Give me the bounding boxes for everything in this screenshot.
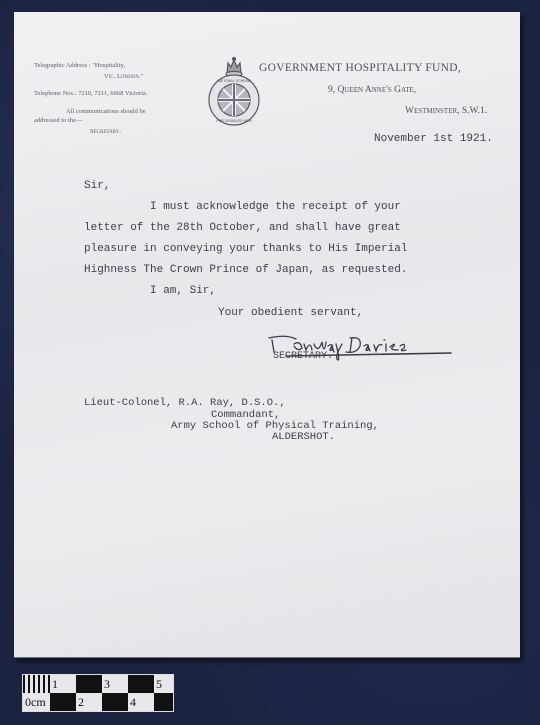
- scale-cell: 1: [50, 675, 76, 693]
- scale-ticks: [23, 675, 50, 693]
- scale-bar: 1 3 5 0cm 2 4: [22, 674, 174, 712]
- scale-cell: [50, 693, 76, 711]
- scale-cell: [76, 675, 102, 693]
- crowned-union-jack-badge-icon: NATIONAL SCHEME FOR DISABLED MEN: [207, 55, 261, 129]
- svg-text:FOR DISABLED MEN: FOR DISABLED MEN: [216, 119, 252, 123]
- scale-cell: 2: [76, 693, 102, 711]
- letter-date: November 1st 1921.: [374, 133, 493, 145]
- scale-unit-label: 0cm: [23, 693, 50, 711]
- recipient-name: Lieut-Colonel, R.A. Ray, D.S.O.,: [84, 397, 286, 409]
- body-line: pleasure in conveying your thanks to His…: [84, 243, 407, 255]
- body-line: Highness The Crown Prince of Japan, as r…: [84, 264, 407, 276]
- signatory-title: SECRETARY.: [273, 351, 333, 362]
- salutation: Sir,: [84, 180, 110, 192]
- communications-note: All communications should be: [66, 108, 146, 115]
- scale-cell: 3: [102, 675, 128, 693]
- telephone-numbers: Telephone Nos.: 7210, 7211, 6068 Victori…: [34, 90, 147, 97]
- closing-line: Your obedient servant,: [218, 307, 363, 319]
- scale-cell: 5: [154, 675, 173, 693]
- letter-sheet: Telegraphic Address : "Hospitality, Vic.…: [14, 12, 520, 658]
- closing-line: I am, Sir,: [150, 285, 216, 297]
- body-line: letter of the 28th October, and shall ha…: [84, 222, 401, 234]
- recipient-location: ALDERSHOT.: [272, 431, 335, 443]
- address-district: Westminster, S.W.1.: [405, 106, 487, 116]
- body-line: I must acknowledge the receipt of your: [150, 201, 401, 213]
- svg-text:NATIONAL SCHEME: NATIONAL SCHEME: [217, 79, 252, 83]
- scale-cell: [102, 693, 128, 711]
- communications-note-cont: addressed to the—: [34, 117, 82, 124]
- telegraphic-address: Telegraphic Address : "Hospitality,: [34, 62, 125, 69]
- communications-secretary: Secretary.: [90, 128, 121, 135]
- scale-cell: [154, 693, 173, 711]
- telegraphic-address-cont: Vic. London.": [104, 73, 143, 80]
- scale-cell: 4: [128, 693, 154, 711]
- organization-name: GOVERNMENT HOSPITALITY FUND,: [259, 62, 461, 74]
- address-street: 9, Queen Anne's Gate,: [328, 85, 416, 95]
- scale-cell: [128, 675, 154, 693]
